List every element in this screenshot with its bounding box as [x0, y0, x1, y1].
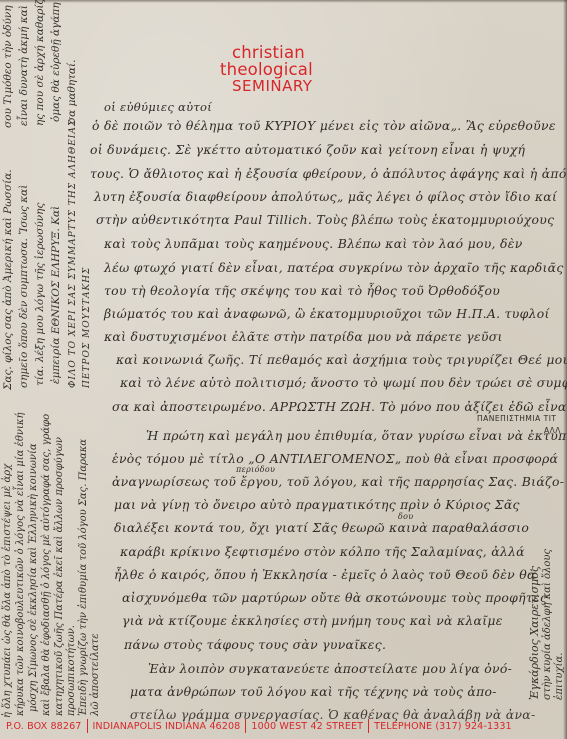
margin-note-top-left: ὁμας θὰ εὑρεθῇ ἀγάπη — [50, 2, 62, 122]
letter-line: τους. Ὁ ἄθλιοτος καὶ ἡ ἐξουσία φθείρουν,… — [90, 166, 567, 181]
letter-line: αἰσχυνόμεθα τῶν μαρτύρων οὔτε θὰ σκοτώνο… — [122, 590, 547, 605]
margin-note-left-lower: κατηχητικοῦ ζωῆς Πατέρα ἐκεῖ καὶ ἄλλων π… — [54, 437, 65, 716]
footer-po-box: P.O. BOX 88267 — [6, 721, 82, 732]
letter-line: ματα ἀνθρώπων τοῦ λόγου καὶ τῆς τέχνης ν… — [130, 684, 497, 699]
margin-note-left-lower: καὶ ἔβαλα θὰ ἐφοδιασθῇ ὁ λόγος μὲ αὐτόγρ… — [41, 414, 52, 716]
footer-telephone: TELEPHONE (317) 924-1331 — [374, 721, 512, 732]
paper-edge-right — [563, 0, 567, 739]
letter-line: διαλέξει κοντά του, ὄχι γιατί Σᾶς θεωρῶ … — [114, 520, 529, 535]
letter-line: καράβι κρίκινο ξεφτισμένο στὸν κόλπο τῆς… — [120, 544, 525, 559]
letterhead-line-2: theological — [220, 61, 370, 78]
footer-street: 1000 WEST 42 STREET — [251, 721, 363, 732]
letter-line: καὶ τὸ λένε αὐτὸ πολιτισμό; ἄνοστο τὸ ψω… — [120, 375, 567, 390]
letter-line: καὶ δυστυχισμένοι ἐλᾶτε στὴν πατρίδα μου… — [104, 329, 503, 344]
letterhead-line-1: christian — [220, 44, 370, 61]
margin-note-left-upper: ἐμπειρία ΕΘΝΙΚΟΣ ΕΛΗΡΥΞ. Καὶ — [50, 206, 62, 384]
letter-line: πάνω στοὺς τάφους τους σὰν γυναῖκες. — [124, 637, 386, 652]
letter-line: λέω φτωχό γιατί δὲν εἶναι, πατέρα συγκρί… — [104, 260, 564, 275]
insertion-above-line: περιόδου — [236, 465, 275, 474]
letter-line: καὶ τοὺς λυπᾶμαι τοὺς καημένους. Βλέπω κ… — [104, 236, 523, 251]
letter-line: ἦλθε ὁ καιρός, ὅπου ἡ Ἐκκλησία - ἐμεῖς ὁ… — [114, 567, 536, 582]
margin-note-left-lower: κήρυκα τῶν κοινοβουλευτικῶν ὁ λόγος νὰ ε… — [15, 413, 26, 716]
paper-edge-top — [0, 0, 567, 3]
margin-note-left-lower: λῶ ἀποστείλατε — [90, 633, 101, 716]
margin-note-left-upper: τία. λέξη μου λόγω τῆς ἱερωσύνης — [34, 203, 46, 386]
margin-note-top-left: εἶναι δυνατὴ ἀκμή καὶ — [18, 5, 30, 126]
letter-line: ὁ δὲ ποιῶν τὸ θέλημα τοῦ ΚΥΡΙΟΥ μένει εἰ… — [92, 118, 556, 133]
letter-line: του τὴ θεολογία τῆς σκέψης του καὶ τὸ ἦθ… — [104, 283, 500, 298]
letterhead-line-3: SEMINARY — [220, 78, 370, 95]
margin-note-signature-name: ΠΕΤΡΟΣ ΜΟΥΣΤΑΚΗΣ — [82, 267, 92, 388]
letter-line: σα καὶ ἀποστειρωμένο. ΑΡΡΩΣΤΗ ΖΩΗ. Τὸ μό… — [112, 399, 567, 414]
letter-line: καὶ κοινωνιά ζωῆς. Τί πεθαμός καὶ ἀσχήμι… — [116, 352, 567, 367]
letter-line: βιώματός του καὶ ἀναφωνῶ, ὢ ἑκατομμυριοῦ… — [104, 306, 550, 321]
margin-note-left-lower: προσωπικοτήτων. — [66, 625, 77, 716]
margin-note-right: Ἐγκάρδιος Χαιρετισμός — [528, 566, 541, 700]
letter-line: Ἐὰν λοιπὸν συγκατανεύετε ἀποστείλατε μου… — [148, 661, 512, 676]
margin-note-top-left: σου Τιμόθεο τὴν ὀδύνη — [2, 5, 14, 128]
footer-divider — [87, 719, 88, 733]
footer-divider — [368, 719, 369, 733]
margin-note-left-lower: μόσχη Σίμωνος σὲ ἐκκλησία καὶ Ἑλληνικὴ κ… — [28, 443, 39, 712]
letter-line: γιὰ νὰ κτίζουμε ἐκκλησίες στὴ μνήμη τους… — [122, 613, 503, 628]
margin-note-left-upper: σημεῖο ὅπου δὲν συμπτωσα. Ἴσως καὶ — [18, 185, 30, 388]
letterhead-logo: christian theological SEMINARY — [220, 44, 370, 95]
margin-note-right: στὴν κυρία ἀδελφή καὶ ὅλους — [542, 549, 553, 700]
letter-heading-note: οἱ εὐθύμιες αὐτοί — [104, 100, 212, 114]
margin-note-signature: ΦΙΛΟ ΤΟ ΧΕΡΙ ΣΑΣ ΣΥΜΜΑΡΤΥΣ ΤΗΣ ΑΛΗΘΕΙΑΣ — [68, 119, 78, 388]
letter-line: μαι νὰ γίνῃ τὸ ὄνειρο αὐτὸ πραγματικότης… — [114, 497, 520, 512]
letterhead-footer: P.O. BOX 88267 INDIANAPOLIS INDIANA 4620… — [6, 719, 562, 733]
letter-line: λυτη ἐξουσία διαφθείρουν ἀπολύτως„ μᾶς λ… — [94, 189, 557, 204]
margin-note-top-left: σα μαθηταί. — [66, 60, 78, 124]
footer-divider — [245, 719, 246, 733]
letter-line: οἱ δυνάμεις. Σὲ γκέττο αὐτοματικό ζοῦν κ… — [90, 142, 525, 157]
margin-note-left-lower: Ἐπειδὴ γνωρίζω τὴν ἐπιθυμία τοῦ λόγου Σα… — [78, 439, 89, 716]
letter-line: Ἡ πρώτη καὶ μεγάλη μου ἐπιθυμία, ὅταν γυ… — [146, 428, 567, 443]
margin-note-right: ἐπιτυχία. — [554, 653, 565, 700]
insertion-universities-2: ΑΛΛ — [544, 426, 561, 435]
footer-city: INDIANAPOLIS INDIANA 46208 — [93, 721, 241, 732]
margin-note-top-left: ης που σὲ ἀρχή καθαρίζει — [34, 0, 46, 126]
insertion-universities: ΠΑΝΕΠΙΣΤΗΜΙΑ ΤΙΤ — [477, 414, 557, 423]
letter-line: ἀναγνωρίσεως τοῦ ἔργου, τοῦ λόγου, καὶ τ… — [112, 474, 564, 489]
letter-line: ἑνὸς τόμου μὲ τίτλο „Ο ΑΝΤΙΛΕΓΟΜΕΝΟΣ„ πο… — [112, 451, 558, 466]
margin-note-left-lower: ἡ ὅλη χτυπάει ὡς θὰ ὅλα ἀπὸ τὸ ἐπιστέψει… — [2, 464, 13, 718]
margin-note-left-upper: Σας. φίλος σας ἀπὸ Ἀμερική καὶ Ρωσσία. — [2, 169, 14, 390]
letter-line: στὴν αὐθεντικότητα Paul Tillich. Τοὺς βλ… — [96, 212, 554, 227]
